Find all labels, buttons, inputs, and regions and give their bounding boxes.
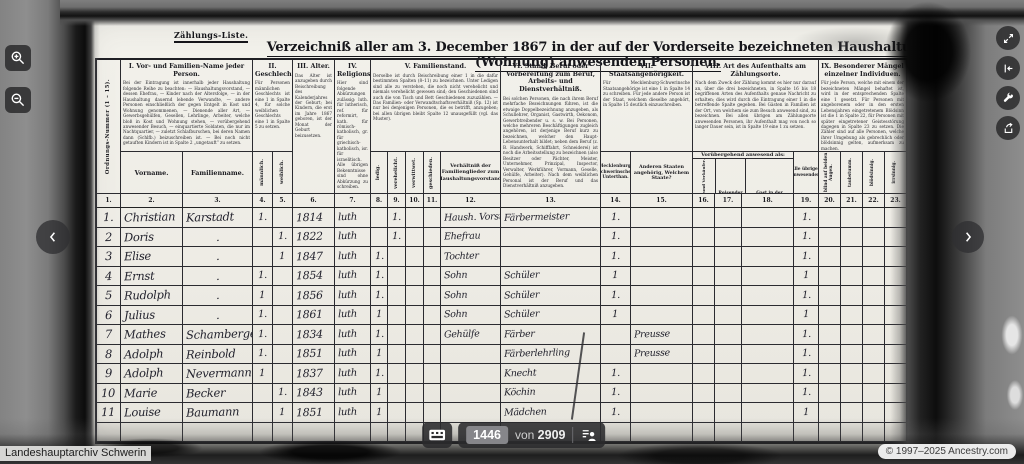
cell-ledig: 1 <box>371 345 388 365</box>
cell-verwittwet <box>406 364 424 384</box>
handwritten-entry: luth <box>338 407 357 418</box>
handwritten-entry: luth <box>338 212 357 223</box>
previous-image-button[interactable] <box>36 220 70 254</box>
cell-w <box>273 267 293 287</box>
handwritten-entry: 1 <box>259 368 265 379</box>
cell-c23 <box>885 345 907 365</box>
column-number: 14. <box>601 194 631 208</box>
cell-vorname: Louise <box>121 403 183 423</box>
cell-geschieden <box>424 267 441 287</box>
handwritten-entry: Nevermann <box>186 365 252 381</box>
handwritten-entry: luth <box>338 251 357 262</box>
cell-unterthan: 1. <box>601 228 631 248</box>
handwritten-entry: Louise <box>124 405 161 420</box>
cell-w: 1. <box>273 228 293 248</box>
handwritten-entry: luth <box>338 270 357 281</box>
cell-c23 <box>885 267 907 287</box>
handwritten-entry: 7 <box>105 327 112 341</box>
handwritten-entry: 1. <box>801 290 810 301</box>
cell-m <box>253 403 273 423</box>
handwritten-entry: 1. <box>392 212 401 223</box>
col-header-geschieden: geschieden. <box>424 152 441 194</box>
cell-c16 <box>693 247 715 267</box>
cell-c22 <box>863 267 885 287</box>
filmstrip-icon <box>428 428 446 442</box>
cell-m: 1. <box>253 306 273 326</box>
handwritten-entry: Karstadt <box>186 210 234 225</box>
col-header-taubstumm: taubstumm. <box>841 152 863 194</box>
cell-verwittwet <box>406 384 424 404</box>
handwritten-entry: 2 <box>105 230 112 244</box>
handwritten-entry: 1 <box>612 270 618 281</box>
cell-c22 <box>863 325 885 345</box>
empty-cell <box>742 423 794 443</box>
cell-verhaeltnis: Ehefrau <box>441 228 501 248</box>
handwritten-entry: 1 <box>803 270 809 281</box>
cell-verwittwet <box>406 247 424 267</box>
cell-verehelicht: 1. <box>388 228 406 248</box>
page-total-label: von 2909 <box>515 428 566 442</box>
handwritten-entry: Julius <box>124 307 155 322</box>
col-header-vorname: Vorname. <box>121 152 183 194</box>
handwritten-entry: 1834 <box>296 327 323 341</box>
cell-w: 1 <box>273 247 293 267</box>
handwritten-entry: luth <box>338 348 357 359</box>
handwritten-entry: 1. <box>801 368 810 379</box>
handwritten-entry: 1 <box>279 407 285 418</box>
cell-verehelicht <box>388 403 406 423</box>
handwritten-entry: 1. <box>258 270 267 281</box>
cell-w <box>273 208 293 228</box>
cell-w <box>273 325 293 345</box>
handwritten-entry: 1 <box>259 290 265 301</box>
cell-c22 <box>863 228 885 248</box>
empty-cell <box>631 423 693 443</box>
cell-staat <box>631 403 693 423</box>
cell-jahr: 1854 <box>293 267 335 287</box>
cell-c18 <box>742 384 794 404</box>
cell-jahr: 1861 <box>293 306 335 326</box>
empty-cell <box>715 423 742 443</box>
cell-verwittwet <box>406 286 424 306</box>
handwritten-entry: luth <box>338 329 357 340</box>
handwritten-entry: luth <box>338 368 357 379</box>
handwritten-entry: Baumann <box>186 405 240 420</box>
cell-ledig: 1. <box>371 247 388 267</box>
cell-unterthan <box>601 345 631 365</box>
cell-geschieden <box>424 306 441 326</box>
cell-vorname: Ernst <box>121 267 183 287</box>
cell-staat <box>631 247 693 267</box>
handwritten-entry: 6 <box>105 308 112 322</box>
cell-c19: 1. <box>794 345 819 365</box>
cell-jahr: 1851 <box>293 403 335 423</box>
filmstrip-button[interactable] <box>422 422 452 448</box>
cell-w <box>273 306 293 326</box>
cell-c23 <box>885 384 907 404</box>
cell-c16 <box>693 228 715 248</box>
handwritten-entry: Sohn <box>444 270 468 282</box>
side-panel-button[interactable] <box>996 56 1020 80</box>
cell-c20 <box>819 306 841 326</box>
cell-c18 <box>742 364 794 384</box>
cell-staat <box>631 208 693 228</box>
handwritten-entry: Färberlehrling <box>504 347 570 360</box>
handwritten-entry: 1. <box>801 251 810 262</box>
person-list-icon <box>580 427 597 443</box>
cell-verwittwet <box>406 345 424 365</box>
cell-c17 <box>715 286 742 306</box>
cell-verehelicht <box>388 345 406 365</box>
cell-c16 <box>693 364 715 384</box>
handwritten-entry: Tochter <box>444 250 479 262</box>
cell-beruf: Färberlehrling <box>501 345 601 365</box>
cell-beruf <box>501 228 601 248</box>
cell-religion: luth <box>335 286 371 306</box>
empty-cell <box>293 423 335 443</box>
cell-c21 <box>841 247 863 267</box>
cell-c16 <box>693 403 715 423</box>
handwritten-entry: 1. <box>611 407 620 418</box>
cell-unterthan: 1 <box>601 306 631 326</box>
cell-verehelicht <box>388 286 406 306</box>
voruebergehend-label: Vorübergehend anwesend als: <box>693 152 793 159</box>
column-number: 16. <box>693 194 715 208</box>
empty-cell <box>388 423 406 443</box>
handwritten-entry: 1854 <box>296 269 323 283</box>
cell-familienname: Nevermann <box>183 364 253 384</box>
cell-familienname: . <box>183 286 253 306</box>
cell-verehelicht <box>388 306 406 326</box>
cell-staat: Preusse <box>631 345 693 365</box>
handwritten-entry: 1 <box>376 387 382 398</box>
cell-c21 <box>841 286 863 306</box>
cell-c22 <box>863 286 885 306</box>
handwritten-entry: 11 <box>101 405 115 419</box>
col-header-marktbesucher: Marktbesucher, Ge- und Verkäufer. <box>693 159 716 194</box>
zoom-out-button[interactable] <box>5 87 31 113</box>
cell-c20 <box>819 247 841 267</box>
cell-c18 <box>742 403 794 423</box>
magnifier-plus-icon <box>10 50 26 66</box>
cell-jahr: 1843 <box>293 384 335 404</box>
cell-staat: Preusse <box>631 325 693 345</box>
cell-vorname: Rudolph <box>121 286 183 306</box>
cell-verhaeltnis <box>441 403 501 423</box>
cell-c20 <box>819 267 841 287</box>
cell-verhaeltnis <box>441 345 501 365</box>
cell-familienname: Reinbold <box>183 345 253 365</box>
chevron-right-icon <box>961 230 975 244</box>
handwritten-entry: 1. <box>611 231 620 242</box>
cell-geschieden <box>424 325 441 345</box>
cell-vorname: Adolph <box>121 345 183 365</box>
column-number: 4. <box>253 194 273 208</box>
cell-verhaeltnis: Sohn <box>441 286 501 306</box>
cell-geschieden <box>424 228 441 248</box>
handwritten-entry: 1. <box>611 290 620 301</box>
handwritten-entry: 1856 <box>296 288 323 302</box>
cell-no: 2 <box>97 228 121 248</box>
cell-staat <box>631 306 693 326</box>
handwritten-entry: Preusse <box>634 348 670 360</box>
cell-verhaeltnis: Sohn <box>441 306 501 326</box>
cell-ledig: 1 <box>371 384 388 404</box>
cell-c18 <box>742 306 794 326</box>
handwritten-entry: Köchin <box>504 387 536 399</box>
column-number: 13. <box>501 194 601 208</box>
cell-c16 <box>693 267 715 287</box>
handwritten-entry: 1. <box>278 387 287 398</box>
handwritten-entry: Sohn <box>444 309 468 321</box>
cell-m: 1. <box>253 325 273 345</box>
handwritten-entry: Ernst <box>124 268 155 283</box>
cell-c20 <box>819 403 841 423</box>
handwritten-entry: Färber <box>504 328 535 340</box>
handwritten-entry: Becker <box>186 385 226 400</box>
census-table: Ordnungs-Nummer (1 – 15). I. Vor- und Fa… <box>95 58 909 444</box>
cell-c18 <box>742 325 794 345</box>
cell-c22 <box>863 345 885 365</box>
cell-religion: luth <box>335 403 371 423</box>
handwritten-entry: Sohn <box>444 289 468 301</box>
cell-ledig: 1. <box>371 325 388 345</box>
handwritten-entry: 1 <box>279 251 285 262</box>
cell-no: 8 <box>97 345 121 365</box>
handwritten-entry: 1843 <box>296 386 323 400</box>
column-number: 1. <box>97 194 121 208</box>
handwritten-entry: . <box>216 308 220 322</box>
cell-vorname: Elise <box>121 247 183 267</box>
col-header-weiblich: weiblich. <box>273 152 293 194</box>
cell-unterthan: 1 <box>601 267 631 287</box>
handwritten-entry: . <box>216 230 220 244</box>
empty-cell <box>819 423 841 443</box>
cell-c19: 1 <box>794 403 819 423</box>
cell-no: 4 <box>97 267 121 287</box>
copyright-notice: © 1997–2025 Ancestry.com <box>878 444 1016 459</box>
cell-ledig <box>371 208 388 228</box>
cell-jahr: 1822 <box>293 228 335 248</box>
group-header-religion: IV. Religionsbekenntniß. Hier sind folge… <box>335 60 371 194</box>
zoom-in-button[interactable] <box>5 45 31 71</box>
handwritten-entry: Rudolph <box>124 288 171 303</box>
cell-c22 <box>863 384 885 404</box>
group-header-maengel: IX. Besonderer Mängel einzelner Individu… <box>819 60 907 152</box>
tools-button[interactable] <box>996 86 1020 110</box>
handwritten-entry: 1851 <box>296 405 323 419</box>
cell-familienname: . <box>183 306 253 326</box>
col-header-maennlich: männlich. <box>253 152 273 194</box>
group-header-alter: III. Alter. Das Alter ist anzugeben durc… <box>293 60 335 194</box>
cell-c19: 1. <box>794 325 819 345</box>
col-header-irrsinnig: irrsinnig. <box>885 152 907 194</box>
share-button[interactable] <box>996 116 1020 140</box>
cell-vorname: Adolph <box>121 364 183 384</box>
cell-verehelicht <box>388 267 406 287</box>
cell-c19: 1 <box>794 306 819 326</box>
handwritten-entry: Adolph <box>124 346 164 361</box>
fullscreen-button[interactable] <box>996 26 1020 50</box>
cell-beruf: Köchin <box>501 384 601 404</box>
cell-c20 <box>819 228 841 248</box>
cell-c22 <box>863 208 885 228</box>
cell-jahr: 1856 <box>293 286 335 306</box>
column-number: 23. <box>885 194 907 208</box>
cell-jahr: 1847 <box>293 247 335 267</box>
cell-staat <box>631 384 693 404</box>
bottom-toolbar: 1446 von 2909 <box>422 422 605 448</box>
cell-m: 1. <box>253 267 273 287</box>
cell-c16 <box>693 286 715 306</box>
cell-c19: 1. <box>794 364 819 384</box>
handwritten-entry: 1. <box>103 210 114 224</box>
handwritten-entry: 1. <box>258 309 267 320</box>
cell-c20 <box>819 384 841 404</box>
col-header-ledig: ledig. <box>371 152 388 194</box>
cell-familienname: Schamberger <box>183 325 253 345</box>
current-page-input[interactable]: 1446 <box>466 426 508 444</box>
cell-c21 <box>841 228 863 248</box>
handwritten-entry: 1. <box>611 251 620 262</box>
cell-c23 <box>885 228 907 248</box>
next-image-button[interactable] <box>952 221 984 253</box>
handwritten-entry: Reinbold <box>186 346 236 361</box>
cell-no: 6 <box>97 306 121 326</box>
collapse-left-icon <box>1002 62 1015 75</box>
cell-geschieden <box>424 384 441 404</box>
cell-c22 <box>863 403 885 423</box>
cell-vorname: Christian <box>121 208 183 228</box>
cell-religion: luth <box>335 384 371 404</box>
col-header-andere-staaten: Anderen Staaten angehörig, Welchem Staat… <box>631 152 693 194</box>
empty-cell <box>273 423 293 443</box>
cell-ledig <box>371 228 388 248</box>
empty-cell <box>601 423 631 443</box>
handwritten-entry: . <box>216 249 220 263</box>
cell-verwittwet <box>406 403 424 423</box>
column-number: 3. <box>183 194 253 208</box>
cell-verwittwet <box>406 267 424 287</box>
magnifier-minus-icon <box>10 92 26 108</box>
cell-w <box>273 364 293 384</box>
cell-geschieden <box>424 345 441 365</box>
cell-c17 <box>715 306 742 326</box>
handwritten-entry: Schamberger <box>186 326 253 342</box>
cell-c19: 1. <box>794 247 819 267</box>
cell-c18 <box>742 228 794 248</box>
handwritten-entry: 1 <box>376 348 382 359</box>
handwritten-entry: 1. <box>611 212 620 223</box>
cell-staat <box>631 286 693 306</box>
cell-c17 <box>715 208 742 228</box>
handwritten-entry: Marie <box>124 385 157 400</box>
wrench-icon <box>1002 92 1015 105</box>
cell-c21 <box>841 325 863 345</box>
column-number: 5. <box>273 194 293 208</box>
cell-verwittwet <box>406 325 424 345</box>
cell-verehelicht <box>388 384 406 404</box>
handwritten-entry: 1837 <box>296 366 323 380</box>
cell-vorname: Mathes <box>121 325 183 345</box>
handwritten-entry: luth <box>338 309 357 320</box>
handwritten-entry: 3 <box>105 249 112 263</box>
cell-c16 <box>693 208 715 228</box>
cell-religion: luth <box>335 364 371 384</box>
cell-beruf <box>501 247 601 267</box>
empty-cell <box>97 423 121 443</box>
handwritten-entry: 1814 <box>296 210 323 224</box>
cell-m <box>253 228 273 248</box>
cell-c16 <box>693 345 715 365</box>
empty-cell <box>794 423 819 443</box>
cell-jahr: 1837 <box>293 364 335 384</box>
handwritten-entry: 1. <box>258 212 267 223</box>
handwritten-entry: 1. <box>258 329 267 340</box>
cell-c17 <box>715 228 742 248</box>
cell-ledig: 1. <box>371 286 388 306</box>
cell-staat <box>631 267 693 287</box>
cell-geschieden <box>424 247 441 267</box>
handwritten-entry: Schüler <box>504 309 539 321</box>
handwritten-entry: 1. <box>258 348 267 359</box>
image-viewer: Zählungs-Liste. Verzeichniß aller am 3. … <box>0 0 1024 464</box>
cell-c23 <box>885 403 907 423</box>
cell-c22 <box>863 364 885 384</box>
cell-ledig: 1. <box>371 267 388 287</box>
cell-jahr: 1834 <box>293 325 335 345</box>
handwritten-entry: Christian <box>124 210 176 225</box>
cell-c17 <box>715 267 742 287</box>
handwritten-entry: 8 <box>105 347 112 361</box>
cell-familienname: . <box>183 247 253 267</box>
cell-vorname: Marie <box>121 384 183 404</box>
cell-m: 1. <box>253 345 273 365</box>
handwritten-entry: Ehefrau <box>444 231 481 243</box>
cell-familienname: Becker <box>183 384 253 404</box>
cell-unterthan: 1. <box>601 403 631 423</box>
cell-m: 1. <box>253 208 273 228</box>
cell-jahr: 1851 <box>293 345 335 365</box>
cell-geschieden <box>424 286 441 306</box>
column-number: 12. <box>441 194 501 208</box>
cell-unterthan: 1. <box>601 208 631 228</box>
empty-cell <box>885 423 907 443</box>
cell-c17 <box>715 403 742 423</box>
index-panel-button[interactable] <box>580 427 597 443</box>
cell-m: 1 <box>253 286 273 306</box>
cell-religion: luth <box>335 228 371 248</box>
cell-verehelicht <box>388 325 406 345</box>
cell-w: 1. <box>273 384 293 404</box>
cell-c20 <box>819 325 841 345</box>
cell-familienname: Karstadt <box>183 208 253 228</box>
column-number: 15. <box>631 194 693 208</box>
handwritten-entry: Doris <box>124 229 154 244</box>
handwritten-entry: Färbermeister <box>504 211 569 224</box>
share-arrow-icon <box>1002 122 1015 135</box>
column-number: 7. <box>335 194 371 208</box>
cell-c22 <box>863 247 885 267</box>
handwritten-entry: 4 <box>105 269 112 283</box>
col-header-ordnungsnummer: Ordnungs-Nummer (1 – 15). <box>97 60 121 194</box>
subgroup-voruebergehend: Vorübergehend anwesend als: Marktbesuche… <box>693 152 794 194</box>
cell-m <box>253 247 273 267</box>
group-header-familienstand: V. Familienstand. Derselbe ist durch Bei… <box>371 60 501 152</box>
empty-cell <box>253 423 273 443</box>
empty-cell <box>335 423 371 443</box>
column-number: 19. <box>794 194 819 208</box>
